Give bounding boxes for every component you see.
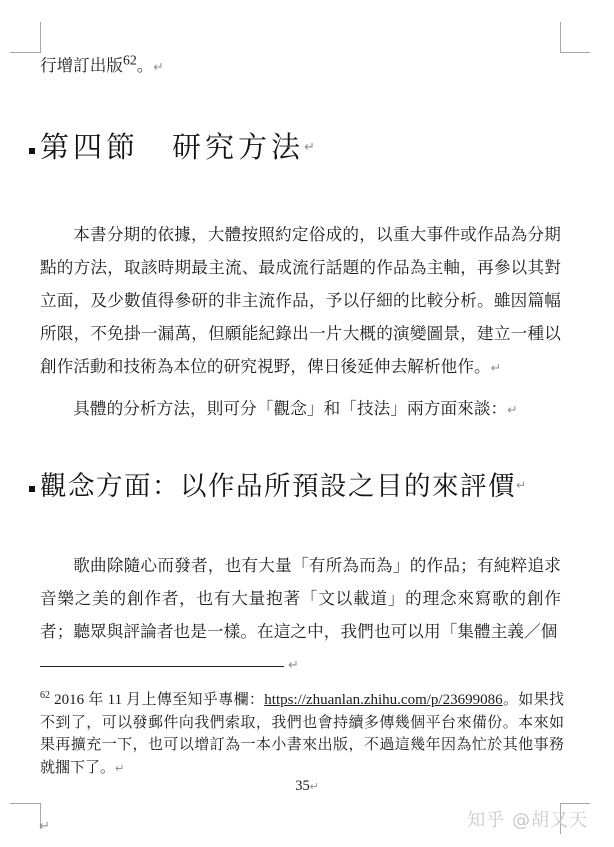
outline-square-icon: [29, 486, 35, 492]
page-number-text: 35: [295, 778, 310, 794]
pilcrow-mark: ↵: [153, 59, 163, 74]
paragraph-text: 本書分期的依據，大體按照約定俗成的，以重大事件或作品為分期點的方法，取該時期最主…: [40, 225, 561, 376]
footnote-marker: 62: [40, 690, 50, 701]
pilcrow-mark: ↵: [288, 658, 299, 673]
subsection-heading-text: 觀念方面：以作品所預設之目的來評價: [40, 471, 516, 501]
section-heading: 第四節 研究方法↵: [40, 129, 315, 167]
footnote-separator-line: [40, 666, 284, 667]
text-boundary-mark-top-right: [560, 22, 590, 53]
paragraph-text: 具體的分析方法，則可分「觀念」和「技法」兩方面來談：: [73, 399, 507, 418]
pilcrow-mark: ↵: [304, 140, 315, 155]
zhihu-watermark: 知乎 @胡又天: [467, 806, 588, 832]
footnote-text-before-link: 2016 年 11 月上傳至知乎專欄：: [50, 692, 264, 708]
pilcrow-mark: ↵: [516, 478, 526, 492]
page-number: 35↵: [0, 778, 614, 795]
continuation-line: 行增訂出版62。↵: [40, 54, 164, 79]
text-boundary-mark-bottom-left: [10, 803, 41, 829]
footnote-reference-62: 62: [123, 52, 137, 67]
pilcrow-mark: ↵: [115, 762, 124, 775]
outline-square-icon: [29, 148, 35, 154]
section-heading-text: 第四節 研究方法: [40, 132, 304, 164]
text-boundary-mark-top-left: [10, 22, 41, 53]
pilcrow-mark: ↵: [507, 402, 517, 417]
paragraph-concepts: 歌曲除隨心而發者，也有大量「有所為而為」的作品；有純粹追求音樂之美的創作者，也有…: [40, 549, 561, 648]
paragraph-text: 歌曲除隨心而發者，也有大量「有所為而為」的作品；有純粹追求音樂之美的創作者，也有…: [40, 556, 561, 641]
continuation-period: 。: [137, 56, 154, 75]
paragraph-methodology: 本書分期的依據，大體按照約定俗成的，以重大事件或作品為分期點的方法，取該時期最主…: [40, 218, 561, 384]
pilcrow-mark: ↵: [491, 360, 501, 375]
footnote-62: 62 2016 年 11 月上傳至知乎專欄：https://zhuanlan.z…: [40, 689, 564, 780]
continuation-text: 行增訂出版: [40, 56, 123, 75]
pilcrow-mark: ↵: [39, 819, 50, 834]
pilcrow-mark: ↵: [310, 780, 319, 793]
footnote-url-link[interactable]: https://zhuanlan.zhihu.com/p/23699086: [264, 692, 502, 708]
document-page: 行增訂出版62。↵ 第四節 研究方法↵ 本書分期的依據，大體按照約定俗成的，以重…: [0, 0, 614, 847]
subsection-heading: 觀念方面：以作品所預設之目的來評價↵: [40, 467, 526, 504]
paragraph-analysis-intro: 具體的分析方法，則可分「觀念」和「技法」兩方面來談：↵: [40, 392, 561, 426]
